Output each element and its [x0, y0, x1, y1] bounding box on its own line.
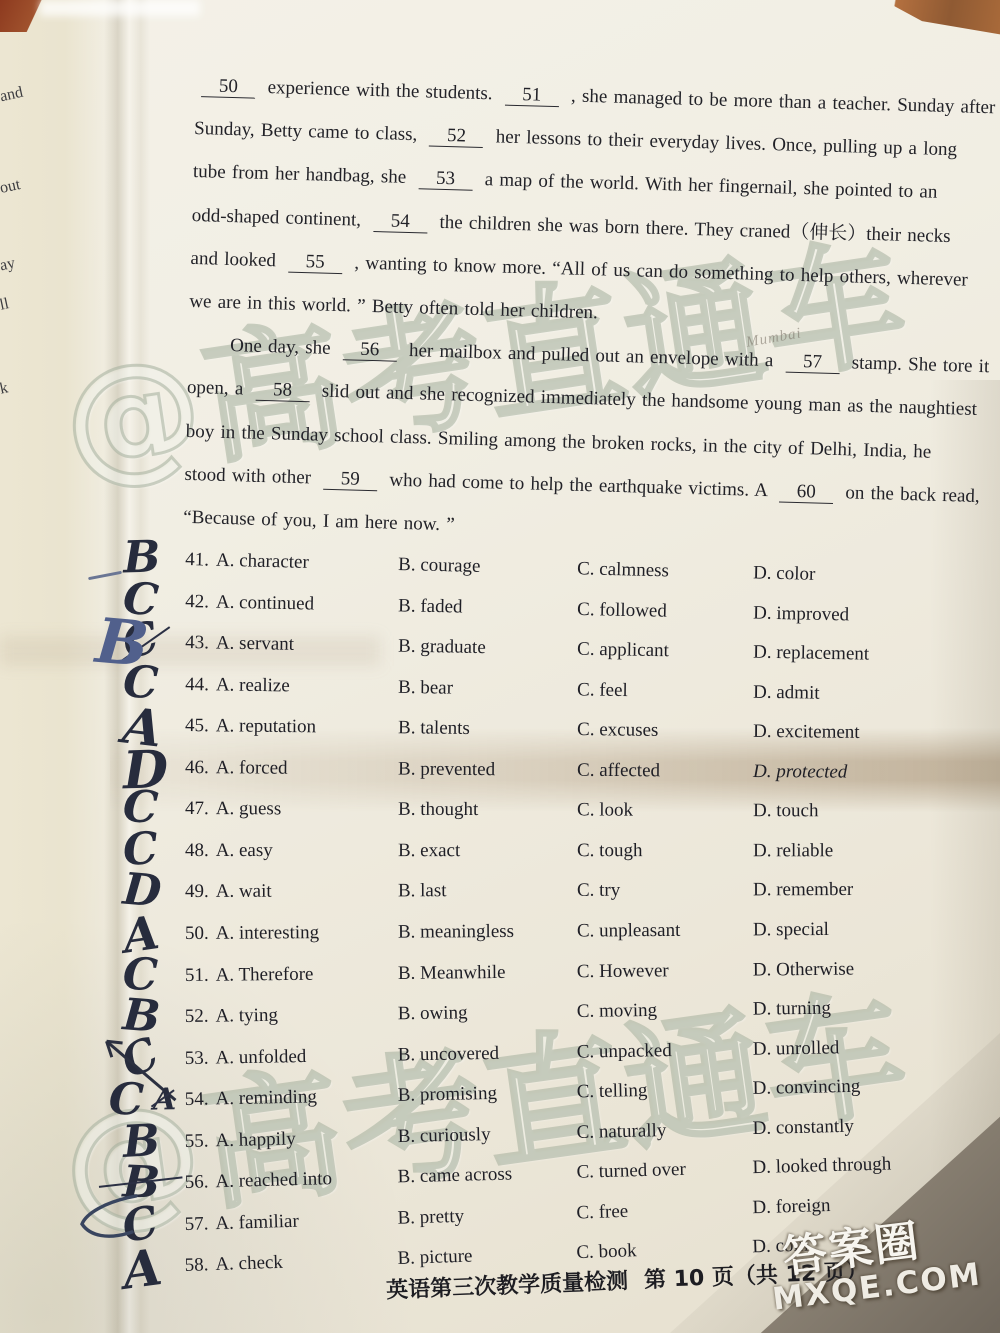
question-number: 53. [185, 1047, 209, 1068]
question-number-and-option-a: 55.A. happily [185, 1128, 296, 1153]
question-number-and-option-a: 45.A. reputation [185, 715, 316, 738]
option-b: B. prevented [398, 758, 495, 781]
question-number: 45. [185, 715, 209, 736]
question-number: 50. [185, 923, 209, 944]
question-number-and-option-a: 51.A. Therefore [185, 963, 314, 986]
option-d: D. reliable [753, 840, 833, 862]
option-c: C. affected [577, 759, 660, 782]
option-d: D. protected [753, 761, 847, 784]
option-c: C. calmness [577, 558, 669, 582]
question-number: 43. [185, 632, 209, 653]
question-number: 46. [185, 757, 209, 778]
option-d: D. touch [753, 800, 819, 822]
option-c: C. feel [577, 679, 628, 702]
option-b: B. pretty [397, 1206, 464, 1230]
option-d: D. special [753, 919, 829, 941]
option-d: D. admit [753, 681, 820, 704]
option-c: C. tough [577, 840, 642, 862]
cloze-blank-54: 54 [373, 211, 428, 233]
question-number-and-option-a: 52.A. tying [185, 1005, 278, 1028]
option-d: D. replacement [753, 642, 869, 666]
option-c: C. book [576, 1241, 637, 1265]
question-number: 51. [185, 964, 209, 985]
question-number-and-option-a: 57.A. familiar [184, 1210, 299, 1235]
option-d: D. excitement [753, 721, 860, 744]
question-number: 57. [184, 1213, 208, 1235]
option-b: B. came across [397, 1164, 512, 1189]
option-d: D. unrolled [753, 1037, 840, 1060]
option-b: B. talents [398, 717, 470, 740]
question-number-and-option-a: 58.A. check [184, 1252, 283, 1277]
question-number-and-option-a: 44.A. realize [185, 674, 290, 697]
option-b: B. bear [398, 677, 453, 700]
option-c: C. look [577, 800, 633, 822]
option-c: C. excuses [577, 719, 658, 742]
cloze-blank-58: 58 [255, 380, 310, 402]
option-c: C. unpacked [577, 1040, 672, 1064]
option-c: C. moving [577, 1000, 658, 1023]
question-number: 49. [185, 881, 209, 902]
option-b: B. uncovered [398, 1042, 500, 1066]
question-number-and-option-a: 42.A. continued [185, 591, 314, 616]
option-c: C. However [577, 960, 669, 983]
question-number: 44. [185, 674, 209, 695]
question-number: 42. [185, 591, 209, 612]
question-number-and-option-a: 48.A. easy [185, 840, 273, 862]
cloze-blank-59: 59 [323, 469, 378, 491]
option-d: D. color [753, 562, 816, 585]
option-c: C. unpleasant [577, 920, 681, 943]
question-number: 41. [185, 549, 209, 571]
option-c: C. applicant [577, 639, 669, 663]
handwritten-blue-answer-b: B [93, 610, 151, 676]
option-b: B. meaningless [398, 921, 514, 944]
question-row-48: 48.A. easyB. exactC. toughD. reliableC [185, 840, 995, 882]
question-number: 56. [184, 1172, 208, 1194]
option-c: C. naturally [576, 1120, 666, 1144]
option-c: C. telling [577, 1080, 648, 1103]
option-b: B. courage [398, 554, 481, 578]
handwritten-crossed-letter: A [153, 1085, 177, 1115]
cloze-blank-56: 56 [342, 339, 397, 361]
question-number-and-option-a: 41.A. character [185, 549, 309, 574]
cloze-blank-55: 55 [288, 251, 343, 273]
question-number: 58. [184, 1255, 208, 1277]
option-c: C. free [576, 1201, 628, 1225]
question-number-and-option-a: 56.A. reached into [184, 1168, 332, 1194]
cloze-blank-50: 50 [201, 76, 256, 98]
question-row-49: 49.A. waitB. lastC. tryD. rememberD [185, 879, 995, 923]
handwritten-caret-mark [74, 1188, 146, 1259]
option-d: D. constantly [752, 1115, 854, 1139]
question-row-46: 46.A. forcedB. preventedC. affectedD. pr… [185, 757, 995, 805]
question-number-and-option-a: 47.A. guess [185, 798, 281, 820]
option-b: B. owing [398, 1002, 468, 1025]
option-b: B. faded [398, 595, 463, 618]
cloze-blank-52: 52 [429, 126, 484, 148]
answer-site-logo: 答案圈 MXQE.COM [770, 1213, 1000, 1333]
option-b: B. Meanwhile [398, 961, 506, 984]
option-d: D. turning [753, 998, 831, 1021]
option-d: D. remember [753, 879, 853, 901]
cloze-blank-53: 53 [418, 169, 473, 191]
strike-mark [151, 1090, 175, 1108]
question-number-and-option-a: 53.A. unfolded [185, 1046, 307, 1070]
question-number: 54. [185, 1089, 209, 1110]
question-list: 41.A. characterB. courageC. calmnessD. c… [185, 549, 995, 1319]
option-b: B. curiously [397, 1124, 490, 1148]
question-number-and-option-a: 49.A. wait [185, 881, 272, 903]
cloze-passage: 50 experience with the students. 51 , sh… [183, 64, 996, 561]
option-c: C. followed [577, 598, 667, 622]
question-number-and-option-a: 54.A. reminding [185, 1087, 317, 1112]
question-number: 55. [185, 1130, 209, 1152]
option-c: C. try [577, 880, 620, 902]
option-d: D. improved [753, 602, 849, 626]
option-b: B. graduate [398, 636, 486, 659]
paper-torn-edge [40, 0, 200, 16]
option-b: B. thought [398, 799, 478, 821]
question-number-and-option-a: 43.A. servant [185, 632, 294, 656]
cloze-blank-60: 60 [779, 481, 834, 503]
question-number-and-option-a: 46.A. forced [185, 757, 288, 780]
cloze-blank-57: 57 [785, 352, 840, 374]
option-c: C. turned over [576, 1159, 686, 1184]
question-number-and-option-a: 50.A. interesting [185, 922, 319, 945]
background-wood-top-right [870, 0, 1000, 44]
option-d: D. Otherwise [753, 958, 855, 981]
cloze-blank-51: 51 [505, 85, 560, 107]
option-b: B. last [398, 881, 447, 903]
question-row-47: 47.A. guessB. thoughtC. lookD. touchC [185, 798, 995, 843]
question-number: 47. [185, 798, 209, 819]
option-b: B. promising [398, 1083, 498, 1107]
question-number: 52. [185, 1006, 209, 1027]
question-number: 48. [185, 840, 209, 861]
photographed-exam-page: @高考直通车 @高考直通车 andoutayllk 50 experience … [0, 0, 1000, 1333]
option-b: B. picture [397, 1246, 473, 1270]
option-d: D. convincing [752, 1076, 860, 1100]
option-b: B. exact [398, 840, 460, 862]
option-d: D. looked through [752, 1154, 891, 1180]
